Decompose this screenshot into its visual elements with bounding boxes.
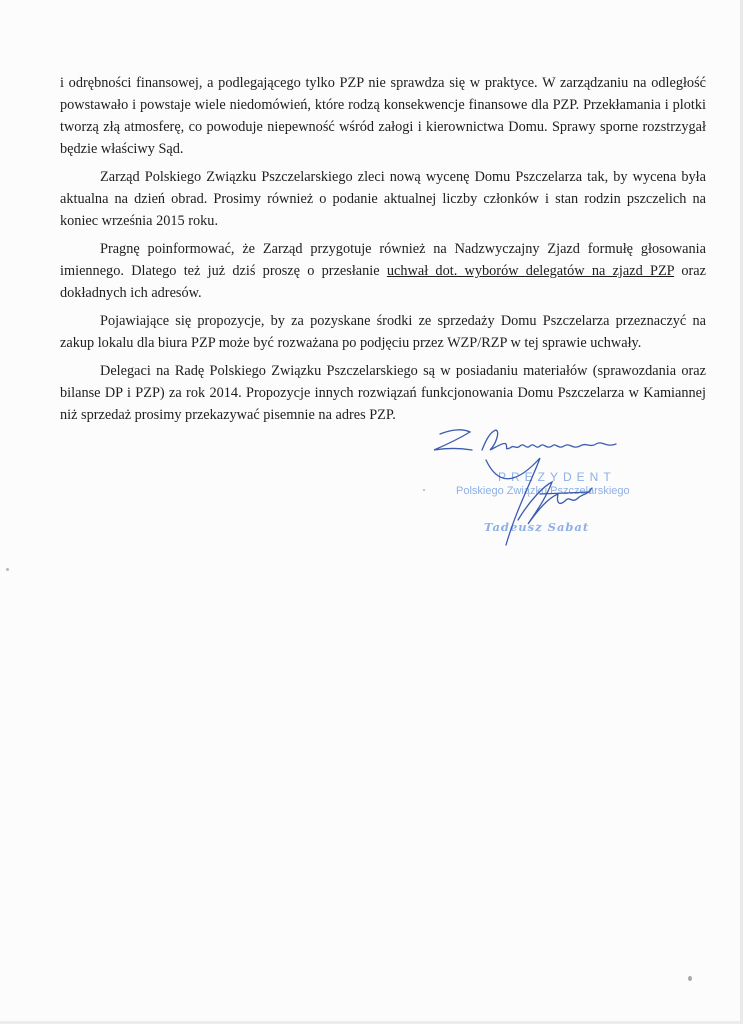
handwritten-signature-icon — [420, 420, 660, 550]
scan-speck — [6, 568, 9, 571]
paragraph-3: Pragnę poinformować, że Zarząd przygotuj… — [60, 238, 706, 304]
underlined-request: uchwał dot. wyborów delegatów na zjazd P… — [387, 263, 674, 279]
text-line: Delegaci na Radę Polskiego Związku Pszcz… — [100, 363, 676, 379]
text-line: Pojawiające się propozycje, by za pozysk… — [100, 313, 686, 329]
text-line: oraz — [674, 263, 706, 279]
paragraph-4: Pojawiające się propozycje, by za pozysk… — [60, 310, 706, 354]
scan-speck — [688, 976, 692, 981]
paragraph-5: Delegaci na Radę Polskiego Związku Pszcz… — [60, 360, 706, 426]
paragraph-1: i odrębności finansowej, a podlegającego… — [60, 72, 706, 160]
text-line: i odrębności finansowej, a podlegającego… — [60, 75, 628, 91]
scanned-page: i odrębności finansowej, a podlegającego… — [0, 0, 743, 1024]
text-line: Pragnę poinformować, że Zarząd przygotuj… — [100, 241, 706, 257]
paragraph-2: Zarząd Polskiego Związku Pszczelarskiego… — [60, 166, 706, 232]
text-line: aktualna na dzień obrad. Prosimy również… — [60, 191, 686, 207]
text-line: dokładnych ich adresów. — [60, 285, 202, 301]
text-line: Zarząd Polskiego Związku Pszczelarskiego… — [100, 169, 706, 185]
signature-block: PREZYDENT Polskiego Związku Pszczelarski… — [420, 420, 660, 550]
letter-body: i odrębności finansowej, a podlegającego… — [60, 72, 706, 432]
text-line: imiennego. Dlatego też już dziś proszę o… — [60, 263, 387, 279]
